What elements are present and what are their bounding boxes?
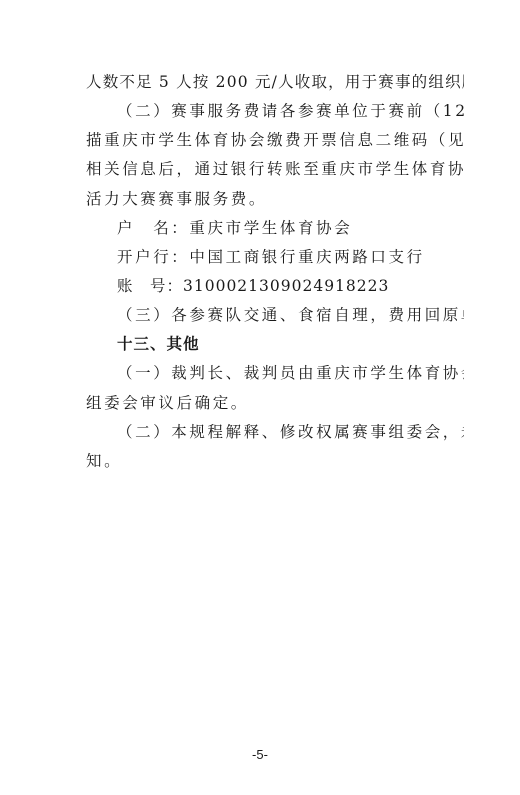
service-fee-line-3: 相关信息后，通过银行转账至重庆市学生体育协会，并备注健康 [86,159,464,179]
others-item2-line-1: （二）本规程解释、修改权属赛事组委会，未尽事宜另行通 [117,422,464,442]
service-fee-line-4: 活力大赛赛事服务费。 [86,189,464,209]
others-item1-line-2: 组委会审议后确定。 [86,393,464,413]
others-item2-line-2: 知。 [86,451,464,471]
document-page: 人数不足 5 人按 200 元/人收取，用于赛事的组织服务。 （二）赛事服务费请… [0,0,520,795]
service-fee-line-1: （二）赛事服务费请各参赛单位于赛前（12 月 5 日前）扫 [117,101,464,121]
section-heading: 十三、其他 [117,334,464,354]
service-fee-line-2: 描重庆市学生体育协会缴费开票信息二维码（见附件 2），完善 [86,130,464,150]
account-number-line: 账 号：3100021309024918223 [117,276,464,296]
page-number: -5- [0,747,520,762]
account-name-line: 户 名：重庆市学生体育协会 [117,218,464,238]
bank-branch-line: 开户行：中国工商银行重庆两路口支行 [117,247,464,267]
travel-note-line: （三）各参赛队交通、食宿自理，费用回原单位报销。 [117,305,464,325]
others-item1-line-1: （一）裁判长、裁判员由重庆市学生体育协会统一选调，经 [117,363,464,383]
fee-note-line: 人数不足 5 人按 200 元/人收取，用于赛事的组织服务。 [86,72,464,92]
